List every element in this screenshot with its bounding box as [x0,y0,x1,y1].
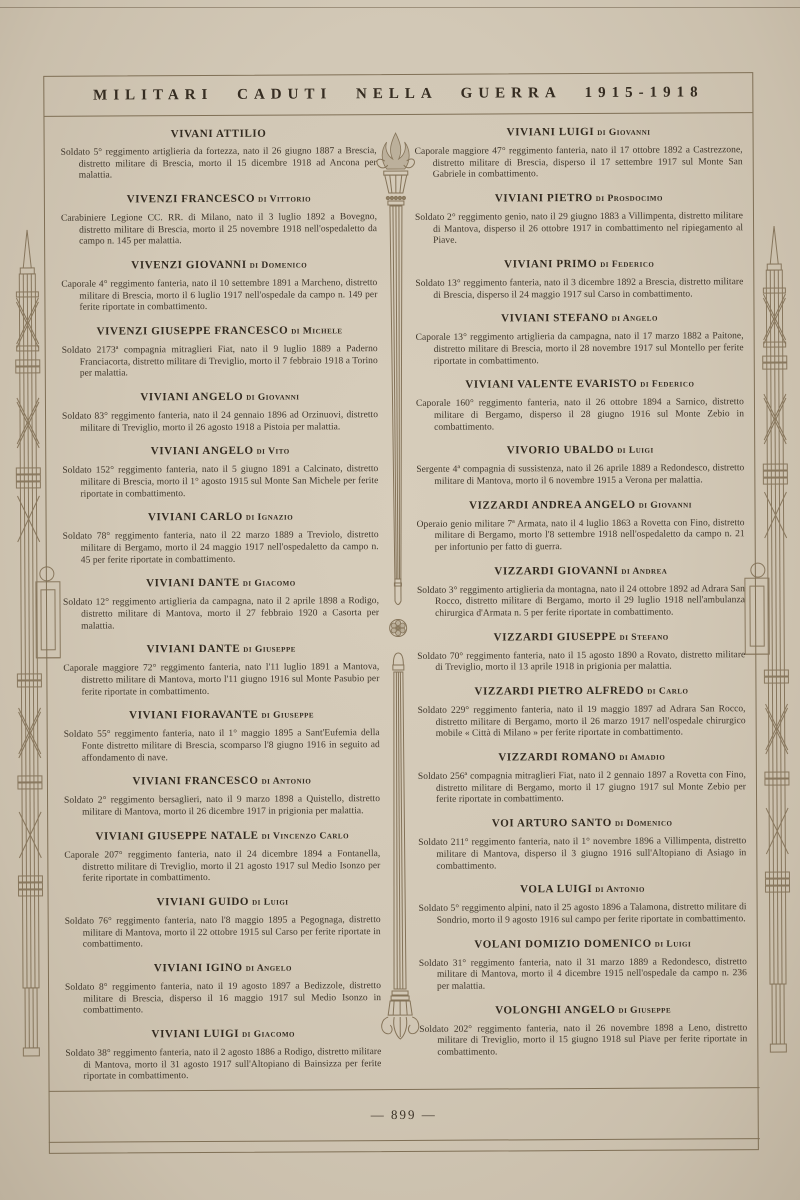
entry-description: Soldato 8° reggimento fanteria, nato il … [65,981,381,1018]
entry-father-name: di Domenico [615,819,673,829]
entry-father-name: di Federico [640,380,694,390]
entry-description: Soldato 5° reggimento alpini, nato il 25… [419,902,747,927]
casualty-entry: VIVIANI PRIMOdi Federico Soldato 13° reg… [415,257,743,302]
entry-father-name: di Domenico [250,261,308,271]
page-number: — 899 — [371,1107,437,1123]
casualty-entry: VIVORIO UBALDOdi Luigi Sergente 4ª compa… [416,444,744,489]
entry-heading: VOI ARTURO SANTOdi Domenico [418,816,746,832]
entry-description: Soldato 152° reggimento fanteria, nato i… [62,465,378,502]
casualty-entry: VOLA LUIGIdi Antonio Soldato 5° reggimen… [418,882,746,927]
entry-person-name: VIZZARDI ROMANO [498,751,616,764]
casualty-entry: VIZZARDI ANDREA ANGELOdi Giovanni Operai… [416,498,744,555]
entry-person-name: VOLANI DOMIZIO DOMENICO [474,937,651,950]
entry-father-name: di Federico [600,260,654,270]
entry-father-name: di Stefano [620,632,669,642]
entry-description: Soldato 3° reggimento artiglieria da mon… [417,584,745,621]
casualty-entry: VIZZARDI GIUSEPPEdi Stefano Soldato 70° … [417,630,745,675]
casualty-entry: VIZZARDI ROMANOdi Amadio Soldato 256ª co… [418,750,746,807]
entry-father-name: di Antonio [262,777,312,787]
entry-heading: VIZZARDI ROMANOdi Amadio [418,750,746,766]
entry-heading: VOLANI DOMIZIO DOMENICOdi Luigi [419,937,747,953]
casualty-entry: VIVIANI VALENTE EVARISTOdi Federico Capo… [416,378,744,435]
entry-heading: VIVIANI CARLOdi Ignazio [63,511,379,527]
entry-heading: VIVIANI FIORAVANTEdi Giuseppe [64,709,380,725]
entry-description: Soldato 211° reggimento fanteria, nato i… [418,836,746,873]
entry-description: Soldato 2173ª compagnia mitraglieri Fiat… [62,344,378,381]
entry-heading: VIVORIO UBALDOdi Luigi [416,444,744,460]
entry-person-name: VIZZARDI GIOVANNI [494,565,618,578]
entry-description: Caporale maggiore 72° reggimento fanteri… [63,663,379,700]
entry-description: Soldato 76° reggimento fanteria, nato l'… [65,915,381,952]
entry-heading: VIVENZI GIOVANNIdi Domenico [61,258,377,274]
casualty-entry: VIZZARDI GIOVANNIdi Andrea Soldato 3° re… [417,564,745,621]
casualty-entry: VIVIANI FIORAVANTEdi Giuseppe Soldato 55… [64,709,380,766]
entry-person-name: VIZZARDI ANDREA ANGELO [469,499,636,512]
entry-heading: VOLA LUIGIdi Antonio [418,882,746,898]
entry-father-name: di Angelo [612,314,658,324]
casualty-entry: VIVIANI PIETROdi Prosdocimo Soldato 2° r… [415,191,743,248]
entry-father-name: di Prosdocimo [596,194,663,204]
entry-heading: VIZZARDI PIETRO ALFREDOdi Carlo [417,684,745,700]
entry-description: Caporale maggiore 47° reggimento fanteri… [415,145,743,182]
entry-person-name: VIZZARDI GIUSEPPE [494,631,617,644]
entry-person-name: VOLA LUIGI [520,883,592,895]
entry-heading: VIVENZI GIUSEPPE FRANCESCOdi Michele [62,324,378,340]
entry-person-name: VIZZARDI PIETRO ALFREDO [474,685,644,698]
entry-description: Sergente 4ª compagnia di sussistenza, na… [416,464,744,489]
entry-description: Caporale 4° reggimento fanteria, nato il… [61,278,377,315]
casualty-entry: VIVIANI IGINOdi Angelo Soldato 8° reggim… [65,961,381,1018]
entry-description: Soldato 13° reggimento fanteria, nato il… [415,277,743,302]
column-left: VIVANI ATTILIO Soldato 5° reggimento art… [61,127,382,1089]
entry-person-name: VIVIANI PRIMO [504,258,597,270]
entry-heading: VIZZARDI GIUSEPPEdi Stefano [417,630,745,646]
entry-person-name: VIVIANI LUIGI [152,1028,240,1040]
entry-person-name: VIVIANI GIUSEPPE NATALE [95,830,258,843]
entry-father-name: di Amadio [619,753,665,763]
entry-person-name: VIVIANI CARLO [148,511,243,523]
casualty-entry: VIVIANI LUIGIdi Giovanni Caporale maggio… [415,125,743,182]
entry-description: Soldato 38° reggimento fanteria, nato il… [65,1047,381,1084]
entry-person-name: VIVIANI DANTE [146,577,240,589]
entry-heading: VIVIANI LUIGIdi Giacomo [65,1027,381,1043]
casualty-entry: VIVANI ATTILIO Soldato 5° reggimento art… [61,127,377,183]
entry-heading: VIVIANI PIETROdi Prosdocimo [415,191,743,207]
entry-heading: VIVIANI ANGELOdi Giovanni [62,390,378,406]
entry-description: Soldato 2° reggimento genio, nato il 29 … [415,211,743,248]
entry-father-name: di Vittorio [258,194,311,204]
entry-description: Soldato 229° reggimento fanteria, nato i… [418,704,746,741]
casualty-entry: VIVIANI FRANCESCOdi Antonio Soldato 2° r… [64,775,380,820]
casualty-entry: VIVENZI GIOVANNIdi Domenico Caporale 4° … [61,258,377,315]
entry-heading: VIVIANI DANTEdi Giacomo [63,577,379,593]
entry-heading: VOLONGHI ANGELOdi Giuseppe [419,1003,747,1019]
casualty-entry: VOLONGHI ANGELOdi Giuseppe Soldato 202° … [419,1003,747,1060]
entry-person-name: VIVIANI LUIGI [507,126,595,138]
casualty-entry: VIVENZI GIUSEPPE FRANCESCOdi Michele Sol… [62,324,378,381]
entry-description: Carabiniere Legione CC. RR. di Milano, n… [61,212,377,249]
content-area: VIVANI ATTILIO Soldato 5° reggimento art… [44,113,757,1089]
entry-description: Soldato 83° reggimento fanteria, nato il… [62,410,378,435]
page-body: MILITARI CADUTI NELLA GUERRA 1915-1918 V… [0,0,800,1200]
entry-description: Operaio genio militare 7ª Armata, nato i… [417,518,745,555]
entry-father-name: di Carlo [647,687,688,697]
casualty-entry: VIZZARDI PIETRO ALFREDOdi Carlo Soldato … [417,684,745,741]
entry-heading: VIVIANI LUIGIdi Giovanni [415,125,743,141]
entry-father-name: di Ignazio [246,513,293,523]
entry-father-name: di Giovanni [639,500,692,510]
casualty-entry: VIVIANI STEFANOdi Angelo Caporale 13° re… [415,312,743,369]
scan-page: MILITARI CADUTI NELLA GUERRA 1915-1918 V… [0,0,800,1200]
entry-person-name: VOLONGHI ANGELO [495,1003,615,1016]
page-frame: MILITARI CADUTI NELLA GUERRA 1915-1918 V… [43,72,759,1154]
entry-person-name: VIVIANI PIETRO [495,192,593,205]
entry-person-name: VIVIANI FRANCESCO [133,775,259,788]
entry-person-name: VIVIANI GUIDO [157,896,250,908]
entry-father-name: di Giuseppe [618,1005,671,1015]
page-header: MILITARI CADUTI NELLA GUERRA 1915-1918 [44,73,752,117]
column-right: VIVIANI LUIGIdi Giovanni Caporale maggio… [415,125,748,1087]
entry-description: Soldato 2° reggimento bersaglieri, nato … [64,795,380,820]
entry-description: Soldato 70° reggimento fanteria, nato il… [417,650,745,675]
casualty-entry: VIVIANI CARLOdi Ignazio Soldato 78° regg… [63,511,379,568]
entry-description: Soldato 31° reggimento fanteria, nato il… [419,957,747,994]
entry-father-name: di Giovanni [246,393,299,403]
entry-father-name: di Giacomo [242,1029,295,1039]
entry-person-name: VIVIANI FIORAVANTE [129,709,258,722]
entry-father-name: di Angelo [246,963,292,973]
casualty-entry: VIVIANI DANTEdi Giuseppe Caporale maggio… [63,643,379,700]
entry-person-name: VIVENZI GIOVANNI [131,259,247,272]
entry-person-name: VOI ARTURO SANTO [492,817,612,830]
casualty-entry: VIVIANI DANTEdi Giacomo Soldato 12° regg… [63,577,379,634]
page-footer: — 899 — [48,1087,759,1143]
entry-person-name: VIVIANI STEFANO [501,312,609,325]
entry-heading: VIVIANI ANGELOdi Vito [62,445,378,461]
entry-heading: VIVIANI VALENTE EVARISTOdi Federico [416,378,744,394]
entry-heading: VIVIANI PRIMOdi Federico [415,257,743,273]
entry-heading: VIVIANI DANTEdi Giuseppe [63,643,379,659]
entry-heading: VIZZARDI ANDREA ANGELOdi Giovanni [416,498,744,514]
entry-heading: VIVANI ATTILIO [61,127,377,142]
entry-heading: VIVIANI STEFANOdi Angelo [415,312,743,328]
entry-person-name: VIVANI ATTILIO [171,128,267,141]
entry-heading: VIVIANI FRANCESCOdi Antonio [64,775,380,791]
page-title: MILITARI CADUTI NELLA GUERRA 1915-1918 [93,84,704,104]
entry-father-name: di Andrea [621,566,667,576]
entry-father-name: di Vincenzo Carlo [262,831,350,841]
entry-person-name: VIVORIO UBALDO [507,444,615,457]
casualty-entry: VIVIANI LUIGIdi Giacomo Soldato 38° regg… [65,1027,381,1084]
entry-description: Soldato 55° reggimento fanteria, nato il… [64,729,380,766]
entry-person-name: VIVIANI IGINO [154,962,243,974]
casualty-entry: VIVENZI FRANCESCOdi Vittorio Carabiniere… [61,192,377,249]
entry-heading: VIZZARDI GIOVANNIdi Andrea [417,564,745,580]
entry-father-name: di Luigi [252,897,289,907]
casualty-entry: VOI ARTURO SANTOdi Domenico Soldato 211°… [418,816,746,873]
casualty-entry: VIVIANI GUIDOdi Luigi Soldato 76° reggim… [65,895,381,952]
entry-description: Soldato 202° reggimento fanteria, nato i… [419,1023,747,1060]
entry-heading: VIVIANI GIUSEPPE NATALEdi Vincenzo Carlo [64,829,380,845]
entry-description: Soldato 256ª compagnia mitraglieri Fiat,… [418,770,746,807]
entry-father-name: di Luigi [617,446,654,456]
casualty-entry: VOLANI DOMIZIO DOMENICOdi Luigi Soldato … [419,937,747,994]
entry-father-name: di Luigi [655,939,692,949]
entry-father-name: di Giovanni [597,128,650,138]
entry-person-name: VIVIANI ANGELO [140,391,243,404]
casualty-entry: VIVIANI GIUSEPPE NATALEdi Vincenzo Carlo… [64,829,380,886]
entry-heading: VIVENZI FRANCESCOdi Vittorio [61,192,377,208]
entry-description: Soldato 78° reggimento fanteria, nato il… [63,531,379,568]
entry-heading: VIVIANI IGINOdi Angelo [65,961,381,977]
entry-description: Caporale 207° reggimento fanteria, nato … [64,849,380,886]
casualty-entry: VIVIANI ANGELOdi Vito Soldato 152° reggi… [62,445,378,502]
entry-description: Soldato 5° reggimento artiglieria da for… [61,146,377,183]
entry-person-name: VIVENZI GIUSEPPE FRANCESCO [97,325,289,338]
entry-description: Caporale 160° reggimento fanteria, nato … [416,398,744,435]
entry-father-name: di Michele [291,326,342,336]
entry-father-name: di Giuseppe [243,645,296,655]
casualty-entry: VIVIANI ANGELOdi Giovanni Soldato 83° re… [62,390,378,435]
entry-father-name: di Antonio [595,885,645,895]
entry-heading: VIVIANI GUIDOdi Luigi [65,895,381,911]
column-gap [377,127,420,1087]
entry-person-name: VIVENZI FRANCESCO [127,193,256,206]
entry-father-name: di Vito [257,447,290,457]
entry-description: Caporale 13° reggimento artiglieria da c… [416,332,744,369]
entry-person-name: VIVIANI ANGELO [151,445,254,458]
entry-father-name: di Giuseppe [261,711,314,721]
entry-description: Soldato 12° reggimento artiglieria da ca… [63,597,379,634]
entry-father-name: di Giacomo [243,579,296,589]
entry-person-name: VIVIANI DANTE [147,643,241,655]
entry-person-name: VIVIANI VALENTE EVARISTO [465,378,637,391]
